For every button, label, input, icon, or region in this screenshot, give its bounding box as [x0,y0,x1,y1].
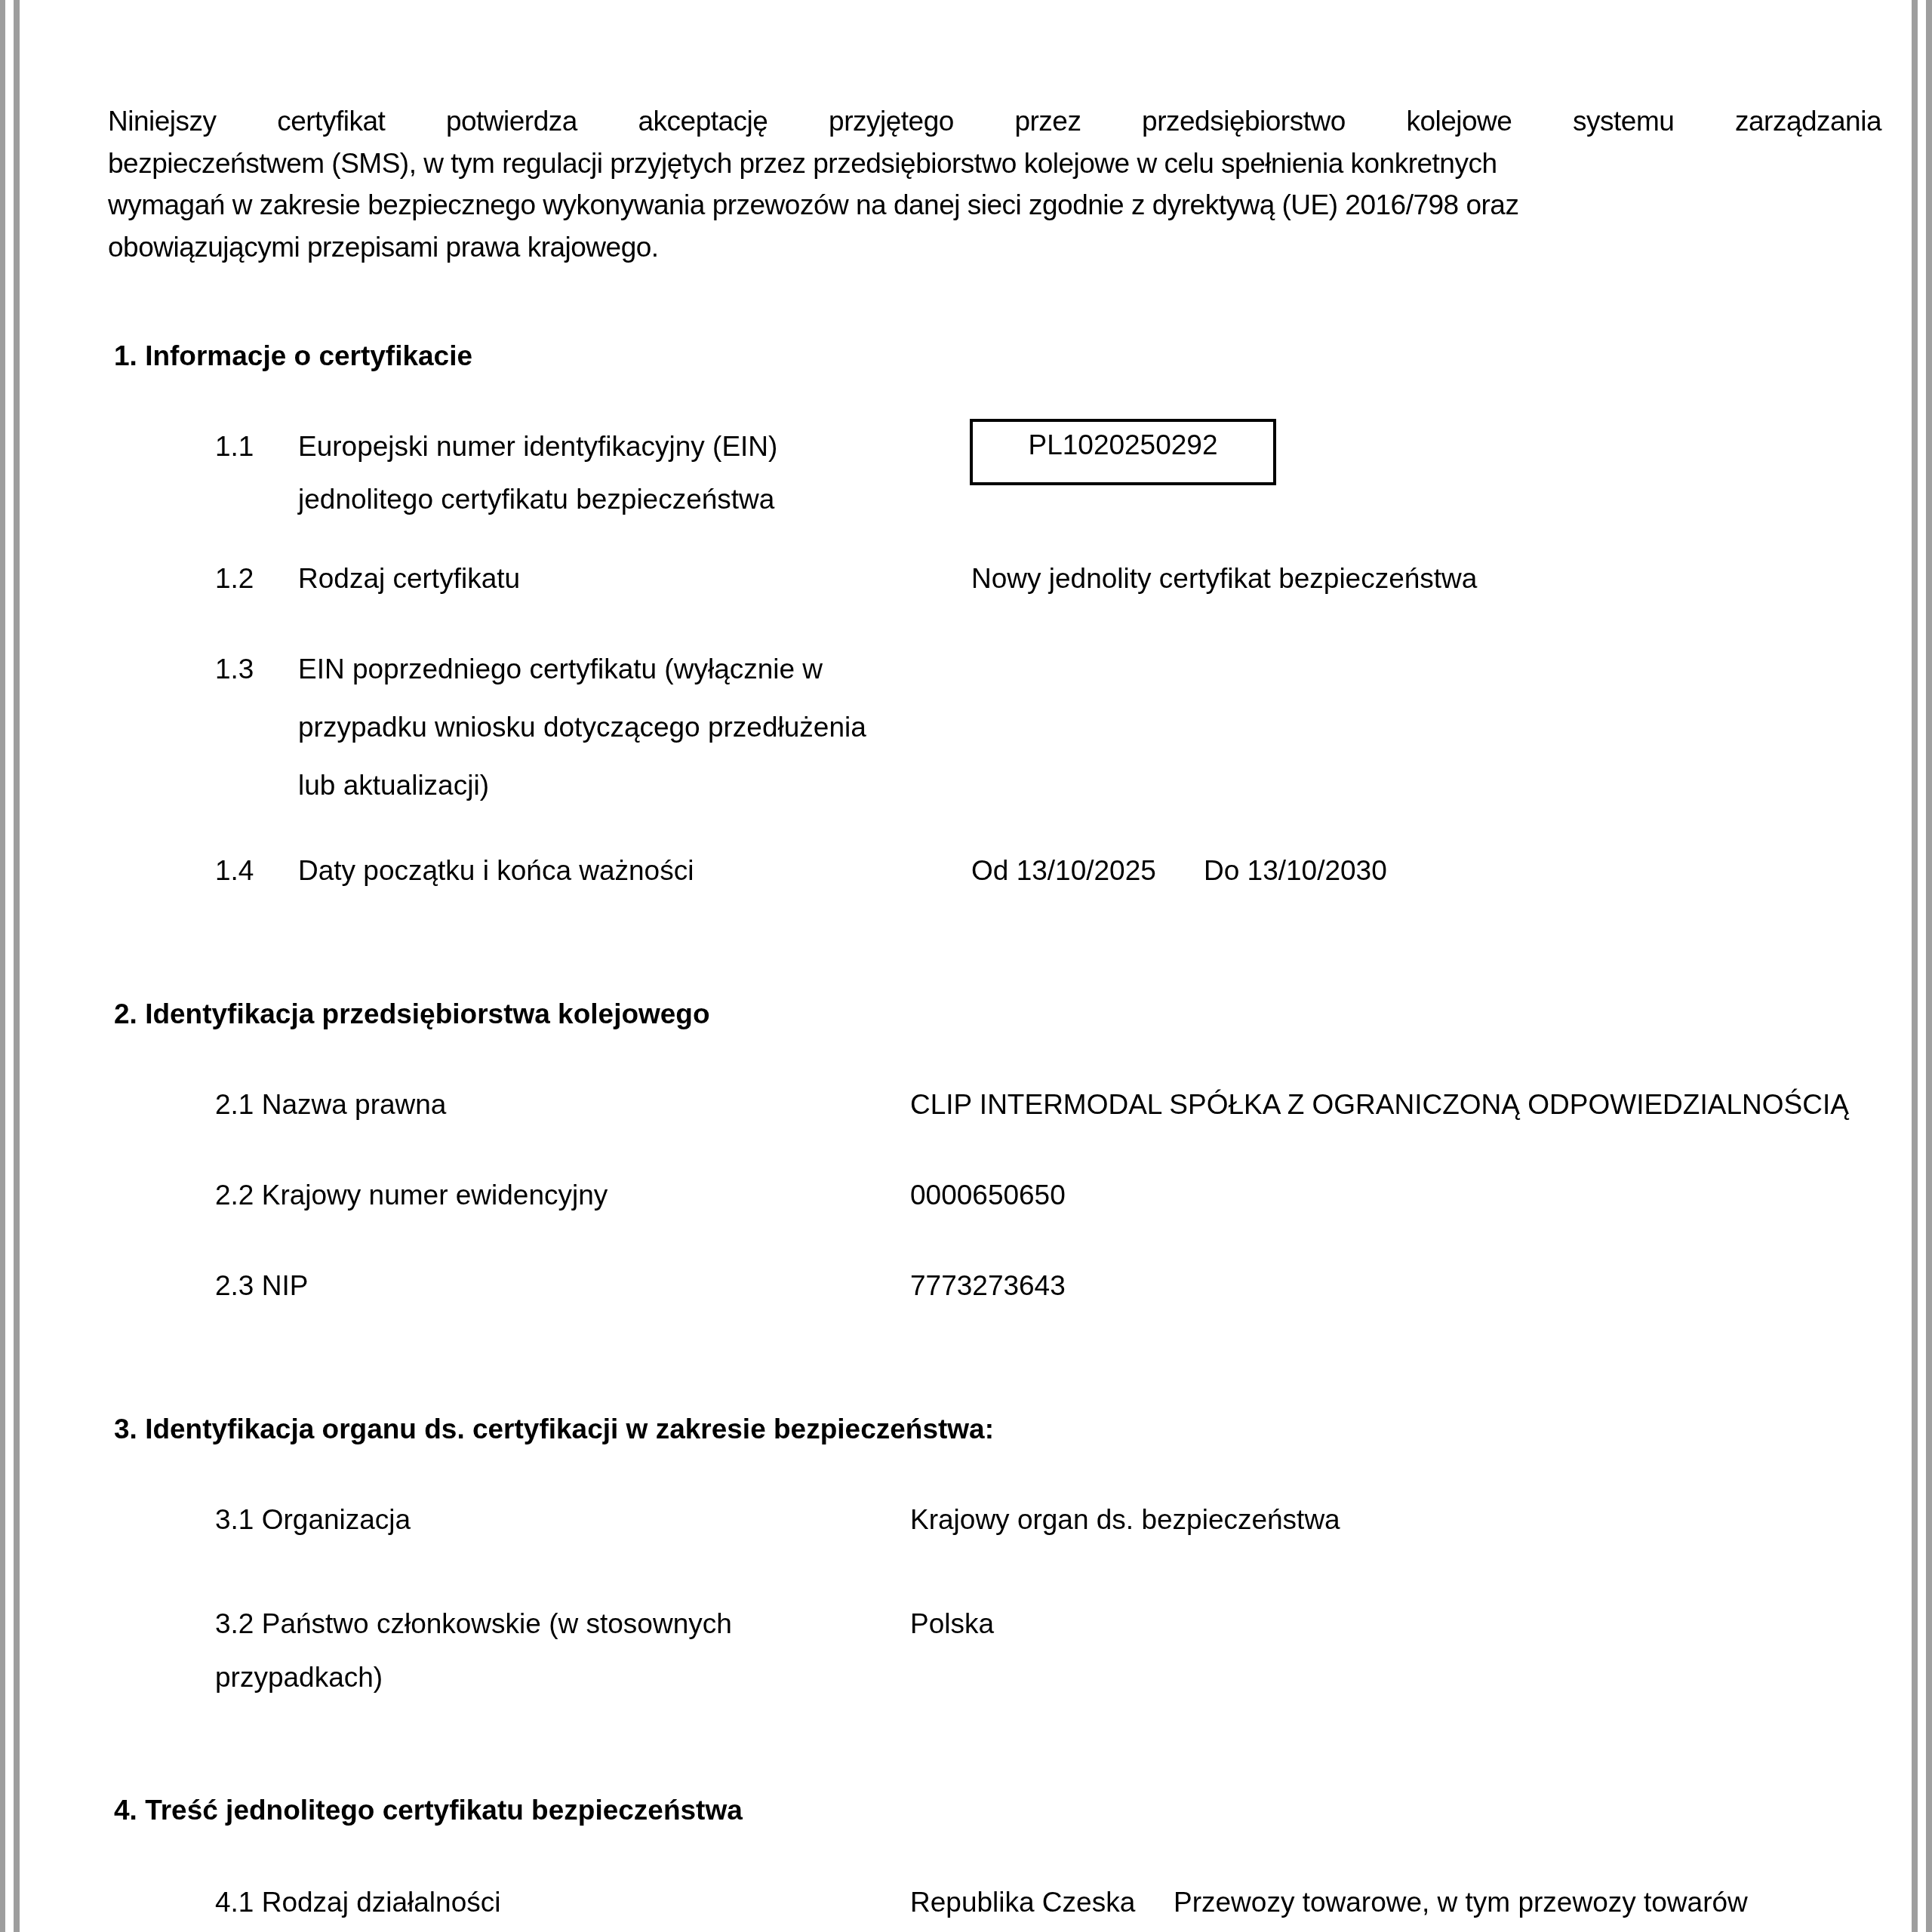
ein-box: PL1020250292 [970,419,1276,485]
item-label: Daty początku i końca ważności [298,857,694,884]
item-label: Europejski numer identyfikacyjny (EIN) [298,432,777,460]
item-label: 2.1 Nazwa prawna [215,1091,446,1118]
item-label: przypadku wniosku dotyczącego przedłużen… [298,713,866,741]
activity-value: Przewozy towarowe, w tym przewozy towaró… [1174,1888,1748,1916]
member-state-value: Polska [910,1610,994,1638]
item-label: Rodzaj certyfikatu [298,565,520,592]
item-label: 3.2 Państwo członkowskie (w stosownych [215,1610,732,1638]
section-3-heading: 3. Identyfikacja organu ds. certyfikacji… [114,1415,994,1443]
section-2-heading: 2. Identyfikacja przedsiębiorstwa kolejo… [114,1000,710,1028]
registry-number-value: 0000650650 [910,1181,1066,1209]
section-4-heading: 4. Treść jednolitego certyfikatu bezpiec… [114,1796,743,1824]
intro-line: Niniejszy certyfikat potwierdza akceptac… [108,100,1881,143]
item-number: 1.2 [215,565,254,592]
section-1-heading: 1. Informacje o certyfikacie [114,342,472,370]
item-label: 4.1 Rodzaj działalności [215,1888,500,1916]
item-label: lub aktualizacji) [298,771,489,799]
intro-line: wymagań w zakresie bezpiecznego wykonywa… [108,184,1881,226]
page-border-left-inner [14,0,20,1932]
intro-paragraph: Niniejszy certyfikat potwierdza akceptac… [108,100,1881,268]
page-border-right-inner [1912,0,1918,1932]
country-value: Republika Czeska [910,1888,1135,1916]
validity-from: Od 13/10/2025 [971,857,1156,884]
item-value: Nowy jednolity certyfikat bezpieczeństwa [971,565,1477,592]
item-label: 3.1 Organizacja [215,1506,411,1534]
item-label: EIN poprzedniego certyfikatu (wyłącznie … [298,655,823,683]
intro-line: bezpieczeństwem (SMS), w tym regulacji p… [108,143,1881,185]
validity-to: Do 13/10/2030 [1204,857,1387,884]
legal-name-value: CLIP INTERMODAL SPÓŁKA Z OGRANICZONĄ ODP… [910,1091,1849,1118]
item-number: 1.1 [215,432,254,460]
item-number: 1.4 [215,857,254,884]
page-border-right-outer [1926,0,1932,1932]
organization-value: Krajowy organ ds. bezpieczeństwa [910,1506,1340,1534]
item-label: jednolitego certyfikatu bezpieczeństwa [298,485,774,513]
ein-value: PL1020250292 [973,431,1273,459]
intro-line: obowiązującymi przepisami prawa krajoweg… [108,226,1881,269]
item-number: 1.3 [215,655,254,683]
item-label: 2.3 NIP [215,1272,308,1300]
nip-value: 7773273643 [910,1272,1066,1300]
item-label: 2.2 Krajowy numer ewidencyjny [215,1181,608,1209]
page-border-left-outer [0,0,5,1932]
item-label: przypadkach) [215,1663,383,1691]
